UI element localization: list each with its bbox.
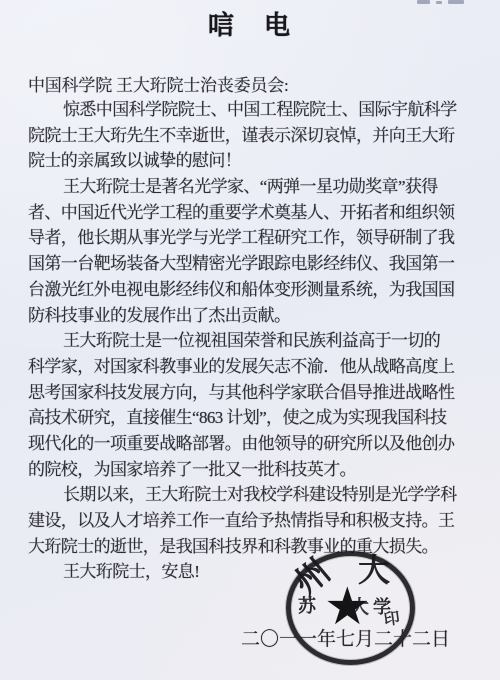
document-title: 唁 电: [0, 5, 500, 42]
scan-artifact: [436, 1, 442, 4]
body-line: 院院士王大珩先生不幸逝世，谨表示深切哀悼，并向王大珩: [28, 123, 472, 149]
body-line: 现代化的一项重要战略部署。由他领导的研究所以及他创办: [28, 431, 472, 457]
cropped-header-marks: [411, 0, 464, 7]
body-line: 院士的亲属致以诚挚的慰问！: [28, 148, 472, 174]
body-line: 防科技事业的发展作出了杰出贡献。: [28, 303, 472, 329]
document-body: 惊悉中国科学院院士、中国工程院院士、国际宇航科学 院院士王大珩先生不幸逝世，谨表…: [28, 97, 472, 585]
body-line: 导者，他长期从事光学与光学工程研究工作，领导研制了我: [28, 225, 472, 251]
body-line: 惊悉中国科学院院士、中国工程院院士、国际宇航科学: [28, 97, 472, 123]
scan-artifact: [448, 0, 464, 4]
scanned-condolence-telegram: 唁 电 中国科学院 王大珩院士治丧委员会: 惊悉中国科学院院士、中国工程院院士、…: [0, 0, 500, 680]
salutation: 中国科学院 王大珩院士治丧委员会:: [28, 71, 289, 96]
body-line: 的院校，为国家培养了一批又一批科技英才。: [28, 457, 472, 483]
body-line: 国第一台靶场装备大型精密光学跟踪电影经纬仪、我国第一: [28, 251, 472, 277]
body-line: 高技术研究，直接催生“863 计划”，使之成为实现我国科技: [28, 405, 472, 431]
scan-artifact: [417, 0, 430, 4]
seal-char-su: 苏: [298, 597, 316, 615]
body-line: 王大珩院士是一位视祖国荣誉和民族利益高于一切的: [28, 328, 472, 354]
body-line: 台激光红外电视电影经纬仪和船体变形测量系统，为我国国: [28, 277, 472, 303]
body-line: 建设，以及人才培养工作一直给予热情指导和积极支持。王: [28, 508, 472, 534]
date-line: 二〇一一年七月二十二日: [241, 624, 450, 651]
body-line: 科学家，对国家科教事业的发展矢志不渝．他从战略高度上: [28, 354, 472, 380]
seal-char-da-mid: 大: [350, 598, 369, 617]
body-line: 者、中国近代光学工程的重要学术奠基人、开拓者和组织领: [28, 200, 472, 226]
body-line: 长期以来，王大珩院士对我校学科建设特别是光学学科: [28, 482, 472, 508]
body-line: 王大珩院士是著名光学家、“两弹一星功勋奖章”获得: [28, 174, 472, 200]
body-line: 思考国家科技发展方向，与其他科学家联合倡导推进战略性: [28, 380, 472, 406]
